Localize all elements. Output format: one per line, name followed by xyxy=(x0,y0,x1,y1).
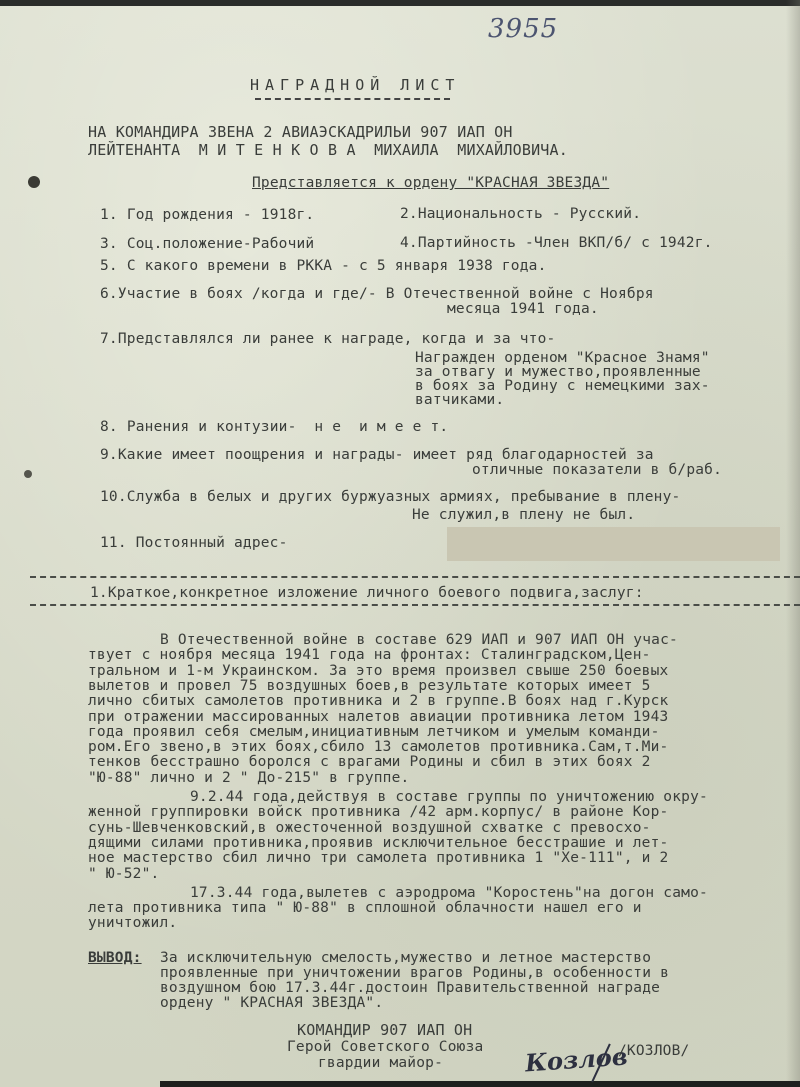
archive-number: 3955 xyxy=(488,14,558,44)
title-underline xyxy=(255,98,450,100)
punch-hole-icon xyxy=(24,470,32,478)
conclusion-line: ордену " КРАСНАЯ ЗВЕЗДА". xyxy=(160,996,383,1011)
narrative-line: женной группировки войск противника /42 … xyxy=(88,805,668,820)
narrative-line: тенков бесстрашно боролся с врагами Роди… xyxy=(88,755,651,770)
scanned-document-page: 3955 НАГРАДНОЙ ЛИСТ НА КОМАНДИРА ЗВЕНА 2… xyxy=(0,0,800,1087)
signature-rank: гвардии майор- xyxy=(318,1056,443,1071)
field-10: 10.Служба в белых и других буржуазных ар… xyxy=(100,490,680,505)
field-6-continued: месяца 1941 года. xyxy=(447,302,599,317)
narrative-line: лета противника типа " Ю-88" в сплошной … xyxy=(88,901,642,916)
field-8: 8. Ранения и контузии- н е и м е е т. xyxy=(100,420,448,435)
scan-border-top xyxy=(0,0,800,6)
page-edge-shadow xyxy=(786,0,800,1087)
redacted-address xyxy=(447,527,780,561)
subject-line-2: ЛЕЙТЕНАНТА М И Т Е Н К О В А МИХАИЛА МИХ… xyxy=(88,143,568,158)
narrative-line: дящими силами противника,проявив исключи… xyxy=(88,836,668,851)
narrative-line: 9.2.44 года,действуя в составе группы по… xyxy=(190,790,708,805)
conclusion-line: За исключительную смелость,мужество и ле… xyxy=(160,951,651,966)
conclusion-label: ВЫВОД: xyxy=(88,951,142,966)
field-2: 2.Национальность - Русский. xyxy=(400,207,641,222)
document-title: НАГРАДНОЙ ЛИСТ xyxy=(250,78,460,93)
narrative-line: уничтожил. xyxy=(88,916,177,931)
narrative-line: ное мастерство сбил лично три самолета п… xyxy=(88,851,668,866)
nominated-for: Представляется к ордену "КРАСНАЯ ЗВЕЗДА" xyxy=(252,176,609,191)
divider-dashed xyxy=(30,576,800,578)
section-heading: 1.Краткое,конкретное изложение личного б… xyxy=(90,586,644,601)
narrative-line: ром.Его звено,в этих боях,сбило 13 самол… xyxy=(88,740,668,755)
field-6: 6.Участие в боях /когда и где/- В Отечес… xyxy=(100,287,654,302)
conclusion-line: воздушном бою 17.3.44г.достоин Правитель… xyxy=(160,981,660,996)
field-7: 7.Представлялся ли ранее к награде, когд… xyxy=(100,332,555,347)
signature-typed-name: /КОЗЛОВ/ xyxy=(618,1044,689,1059)
punch-hole-icon xyxy=(28,176,40,188)
narrative-line: "Ю-88" лично и 2 " До-215" в группе. xyxy=(88,771,409,786)
narrative-line: вылетов и провел 75 воздушных боев,в рез… xyxy=(88,679,651,694)
narrative-line: тральном и 1-м Украинском. За это время … xyxy=(88,664,668,679)
narrative-line: В Отечественной войне в составе 629 ИАП … xyxy=(160,633,678,648)
narrative-line: сунь-Шевченковский,в ожесточенной воздуш… xyxy=(88,821,651,836)
divider-dashed xyxy=(30,604,800,606)
narrative-line: при отражении массированных налетов авиа… xyxy=(88,710,668,725)
field-10-value: Не служил,в плену не был. xyxy=(412,508,635,523)
narrative-line: " Ю-52". xyxy=(88,867,159,882)
field-9-continued: отличные показатели в б/раб. xyxy=(472,463,722,478)
handwritten-signature: Козлов xyxy=(524,1041,628,1077)
narrative-line: твует с ноября месяца 1941 года на фронт… xyxy=(88,648,651,663)
field-11: 11. Постоянный адрес- xyxy=(100,536,288,551)
signature-position: КОМАНДИР 907 ИАП ОН xyxy=(297,1023,472,1038)
field-7-value-line: ватчиками. xyxy=(415,393,504,408)
signature-title: Герой Советского Союза xyxy=(287,1040,483,1055)
field-5: 5. С какого времени в РККА - с 5 января … xyxy=(100,259,547,274)
field-4: 4.Партийность -Член ВКП/б/ с 1942г. xyxy=(400,236,713,251)
field-1: 1. Год рождения - 1918г. xyxy=(100,208,314,223)
conclusion-line: проявленные при уничтожении врагов Родин… xyxy=(160,966,669,981)
narrative-line: 17.3.44 года,вылетев с аэродрома "Корост… xyxy=(190,886,708,901)
scan-border-bottom xyxy=(160,1081,800,1087)
subject-line-1: НА КОМАНДИРА ЗВЕНА 2 АВИАЭСКАДРИЛЬИ 907 … xyxy=(88,125,513,140)
narrative-line: лично сбитых самолетов противника и 2 в … xyxy=(88,694,668,709)
field-9: 9.Какие имеет поощрения и награды- имеет… xyxy=(100,448,654,463)
narrative-line: года проявил себя смелым,инициативным ле… xyxy=(88,725,660,740)
field-3: 3. Соц.положение-Рабочий xyxy=(100,237,314,252)
